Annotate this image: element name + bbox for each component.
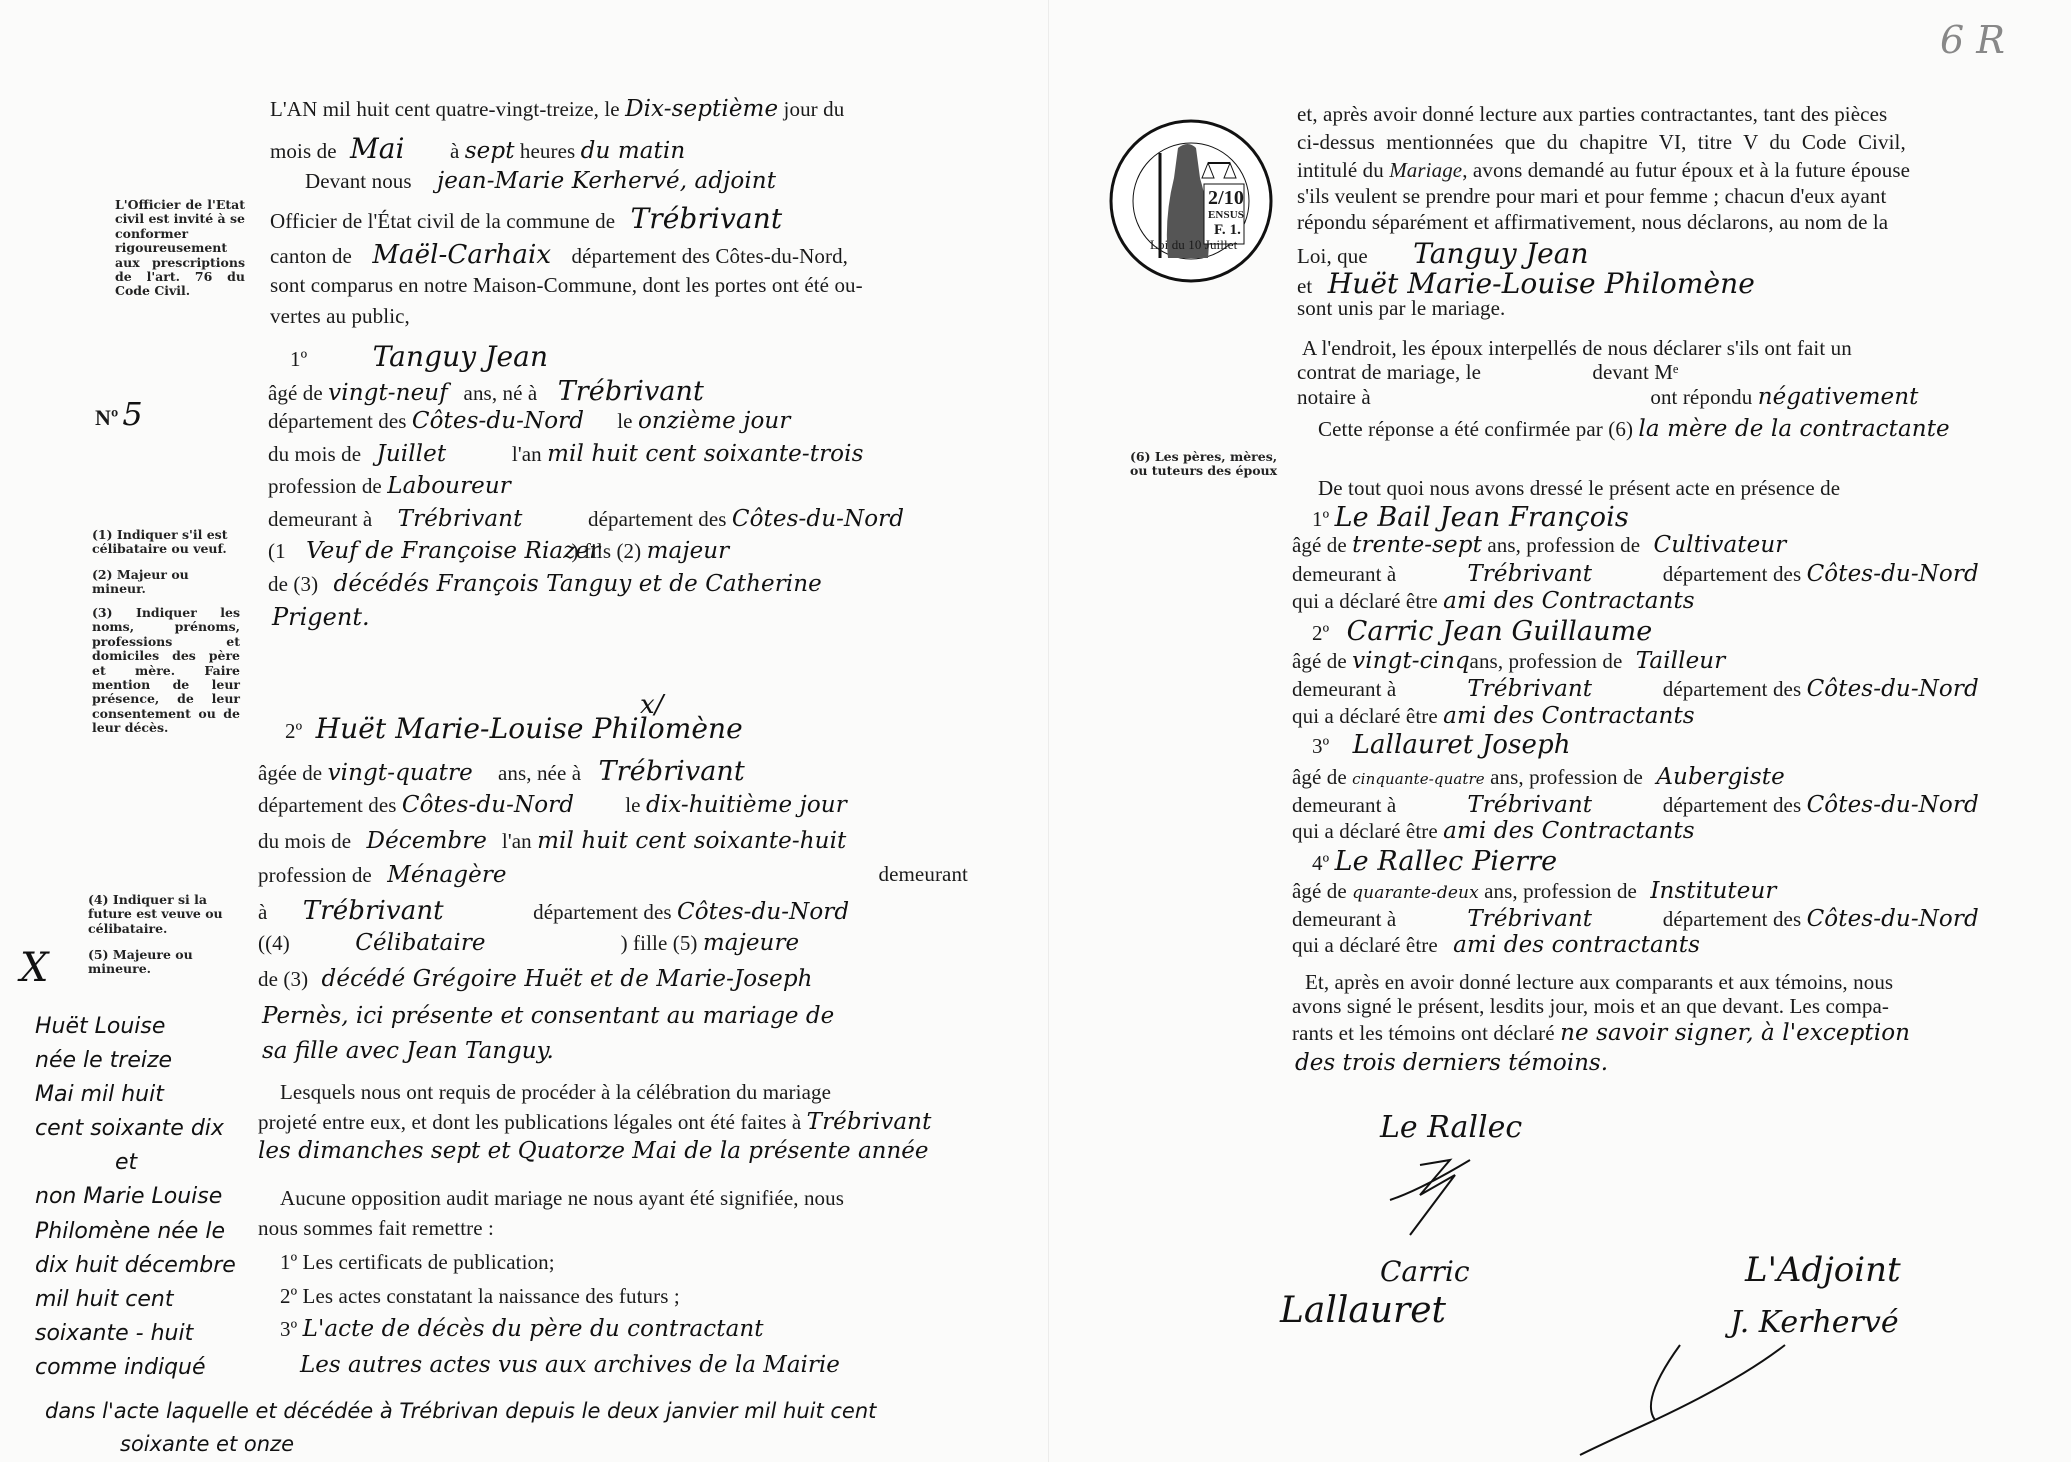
witness-3-residence-line: demeurant à Trébrivant département des C… — [1292, 794, 1979, 817]
print-text: âgé de — [268, 381, 323, 405]
print-text: département des — [1663, 562, 1802, 586]
print-text: ans, profession de — [1484, 879, 1637, 903]
header-line-6: sont comparus en notre Maison-Commune, d… — [270, 275, 863, 296]
witness-1-age-line: âgé de trente-sept ans, profession de Cu… — [1292, 534, 1786, 557]
witness-residence: Trébrivant — [1467, 563, 1657, 586]
closing-line-1: Et, après en avoir donné lecture aux com… — [1305, 972, 1893, 993]
print-text: qui a déclaré être — [1292, 704, 1438, 728]
corner-mark: 6 R — [1940, 18, 2005, 62]
witness-dept: Côtes-du-Nord — [1807, 561, 1979, 587]
witness-3-name-line: 3º Lallauret Joseph — [1312, 732, 1571, 758]
print-text: L'AN mil huit cent quatre-vingt-treize, … — [270, 97, 620, 121]
groom-dept-line: département des Côtes-du-Nord le onzième… — [268, 410, 790, 433]
print-text: l'an — [512, 442, 542, 466]
bride-residence-line: à Trébrivant département des Côtes-du-No… — [258, 898, 849, 924]
reading-line-7: et Huët Marie-Louise Philomène — [1297, 270, 1755, 298]
witness-name: Carric Jean Guillaume — [1347, 616, 1653, 647]
officer-margin-note: L'Officier de l'Etat civil est invité à … — [115, 198, 245, 299]
contract-line-3: notaire à ont répondu négativement — [1297, 386, 1918, 409]
contract-line-1: A l'endroit, les époux interpellés de no… — [1302, 338, 1852, 359]
annotation-line: soixante - huit — [35, 1317, 285, 1351]
groom-residence-line: demeurant à Trébrivant département des C… — [268, 508, 904, 531]
hand-month: Mai — [350, 132, 405, 165]
bride-parents-line: de (3) décédé Grégoire Huët et de Marie-… — [258, 968, 813, 991]
hand-officer: jean-Marie Kerhervé, adjoint — [437, 168, 776, 194]
footnote-5: (5) Majeure ou mineure. — [88, 948, 238, 977]
bride-residence: Trébrivant — [303, 898, 528, 924]
signature-lallauret: Lallauret — [1280, 1290, 1446, 1331]
reading-line-5: répondu séparément et affirmativement, n… — [1297, 212, 1888, 233]
print-text: profession de — [268, 474, 382, 498]
signature-carric: Carric — [1380, 1255, 1470, 1288]
print-text: qui a déclaré être — [1292, 589, 1438, 613]
ordinal: 2º — [285, 719, 302, 743]
witness-2-name-line: 2º Carric Jean Guillaume — [1312, 618, 1652, 645]
witness-dept: Côtes-du-Nord — [1807, 906, 1979, 932]
groom-birth-day: onzième jour — [638, 408, 790, 434]
contract-line-2: contrat de mariage, le devant Mᵉ — [1297, 362, 1679, 383]
groom-status: Veuf de Françoise Riazer — [306, 540, 566, 563]
groom-residence-dept: Côtes-du-Nord — [732, 506, 904, 532]
print-text: département des — [268, 409, 407, 433]
witness-4-name-line: 4º Le Rallec Pierre — [1312, 848, 1557, 875]
witness-residence: Trébrivant — [1467, 794, 1657, 817]
bride-age: vingt-quatre — [328, 762, 493, 785]
signature-adjoint-title: L'Adjoint — [1745, 1250, 1901, 1290]
witness-4-relation-line: qui a déclaré être ami des contractants — [1292, 934, 1700, 957]
annotation-line: non Marie Louise — [35, 1180, 285, 1214]
ordinal: 3º — [1312, 734, 1329, 758]
witness-relation: ami des Contractants — [1443, 818, 1695, 844]
stamp-seal-icon — [1108, 118, 1274, 284]
hand-canton: Maël-Carhaix — [372, 240, 551, 270]
annotation-line: cent soixante dix — [35, 1112, 285, 1146]
groom-status-line: (1 Veuf de Françoise Riazer ) fils (2) m… — [268, 540, 729, 563]
groom-name-line: 1º Tanguy Jean — [290, 343, 548, 371]
print-text: département des — [588, 507, 727, 531]
reading-line-6: Loi, que Tanguy Jean — [1297, 240, 1589, 268]
groom-dept: Côtes-du-Nord — [412, 410, 612, 433]
bride-mark: x/ — [640, 690, 663, 720]
closing-line-4: des trois derniers témoins. — [1295, 1050, 1608, 1076]
annotation-line: née le treize — [35, 1044, 285, 1078]
print-text: département des — [1663, 793, 1802, 817]
print-text: profession de — [258, 863, 372, 887]
bride-birthplace: Trébrivant — [599, 756, 745, 787]
print-text: demeurant à — [1292, 564, 1462, 585]
print-text: canton de — [270, 244, 352, 268]
signature-flourish-icon — [1380, 1150, 1500, 1240]
print-text: et — [1297, 274, 1312, 298]
cross-mark: X — [20, 945, 48, 991]
witness-dept: Côtes-du-Nord — [1807, 676, 1979, 702]
footnote-3: (3) Indiquer les noms, prénoms, professi… — [92, 606, 240, 735]
bride-majority: majeure — [703, 930, 799, 956]
hand-contract-answer: négativement — [1758, 384, 1919, 410]
print-text: ((4) — [258, 931, 290, 955]
bride-age-line: âgée de vingt-quatre ans, née à Trébriva… — [258, 758, 745, 785]
print-text: notaire à — [1297, 387, 1645, 408]
print-text: ) fille (5) — [621, 931, 698, 955]
print-text: département des Côtes-du-Nord, — [572, 244, 849, 268]
groom-parents-cont: Prigent. — [272, 603, 370, 631]
annotation-line: dans l'acte laquelle et décédée à Trébri… — [45, 1395, 876, 1428]
groom-name: Tanguy Jean — [373, 340, 549, 373]
reading-line-3: intitulé du Mariage, avons demandé au fu… — [1297, 160, 1910, 181]
annotation-line: Mai mil huit — [35, 1078, 285, 1112]
witness-name: Lallauret Joseph — [1353, 730, 1571, 760]
print-text: du mois de — [268, 442, 361, 466]
annotation-line: Philomène née le — [35, 1215, 285, 1249]
print-text: 3º — [280, 1317, 297, 1341]
witness-name: Le Rallec Pierre — [1335, 846, 1558, 877]
print-italic: Mariage — [1389, 158, 1462, 182]
bride-parents: décédé Grégoire Huët et de Marie-Joseph — [322, 966, 813, 992]
bride-birth-year: mil huit cent soixante-huit — [537, 828, 846, 854]
bride-status: Célibataire — [355, 932, 615, 955]
stamp-overprint: Loi du 10 Juillet — [1150, 238, 1237, 251]
print-text: , avons demandé au futur époux et à la f… — [1462, 158, 1910, 182]
header-line-3: Devant nous jean-Marie Kerhervé, adjoint — [305, 170, 776, 193]
annotation-line: soixante et onze — [120, 1428, 294, 1461]
groom-age: vingt-neuf — [328, 382, 458, 405]
bride-profession: Ménagère — [387, 862, 506, 888]
witness-2-age-line: âgé de vingt-cinq ans, profession de Tai… — [1292, 650, 1725, 673]
witness-name: Le Bail Jean François — [1335, 502, 1629, 533]
footnote-1: (1) Indiquer s'il est célibataire ou veu… — [92, 528, 240, 557]
witness-3-age-line: âgé de cinquante-quatre ans, profession … — [1292, 766, 1785, 789]
print-text: contrat de mariage, le — [1297, 362, 1587, 383]
hand-confirmed-by: la mère de la contractante — [1638, 416, 1949, 442]
document-item-2: 2º Les actes constatant la naissance des… — [280, 1286, 680, 1307]
bride-parents-cont: Pernès, ici présente et consentant au ma… — [262, 1003, 834, 1029]
stamp-franc: F. 1. — [1214, 223, 1241, 238]
print-text: mois de — [270, 139, 337, 163]
stamp-value: 2/10 — [1208, 188, 1244, 208]
reading-line-8: sont unis par le mariage. — [1297, 298, 1505, 319]
annotation-line: dix huit décembre — [35, 1249, 285, 1283]
publications-line-2: projeté entre eux, et dont les publicati… — [258, 1111, 931, 1134]
header-line-1: L'AN mil huit cent quatre-vingt-treize, … — [270, 98, 844, 121]
witness-relation: ami des Contractants — [1443, 588, 1695, 614]
number-value: 5 — [122, 395, 142, 433]
ordinal: 1º — [290, 347, 307, 371]
witness-profession: Instituteur — [1650, 878, 1776, 904]
groom-parents: décédés François Tanguy et de Catherine — [334, 571, 822, 597]
document-item-3: 3º L'acte de décès du père du contractan… — [280, 1318, 764, 1341]
annotation-line: comme indiqué — [35, 1351, 285, 1385]
witness-3-relation-line: qui a déclaré être ami des Contractants — [1292, 820, 1695, 843]
bride-name-line: 2º Huët Marie-Louise Philomène — [285, 715, 743, 743]
print-text: demeurant — [878, 864, 968, 885]
hand-publication-place: Trébrivant — [807, 1109, 932, 1135]
publications-dates: les dimanches sept et Quatorze Mai de la… — [258, 1138, 929, 1164]
print-text: le — [617, 409, 632, 433]
print-text: demeurant à — [1292, 909, 1462, 930]
print-text: (1 — [268, 539, 286, 563]
print-text: ans, profession de — [1487, 533, 1640, 557]
groom-profession-line: profession de Laboureur — [268, 475, 511, 498]
margin-annotation: Huët Louise née le treize Mai mil huit c… — [35, 1010, 285, 1385]
bride-parents-cont: sa fille avec Jean Tanguy. — [262, 1038, 554, 1064]
witness-profession: Cultivateur — [1654, 532, 1787, 558]
witness-profession: Tailleur — [1636, 648, 1726, 674]
witness-age: quarante-deux — [1352, 883, 1479, 903]
print-text: Loi, que — [1297, 244, 1368, 268]
print-text: intitulé du — [1297, 158, 1384, 182]
stamp-ensus: ENSUS — [1208, 210, 1244, 221]
ordinal: 2º — [1312, 621, 1329, 645]
record-number: Nº 5 — [95, 395, 143, 433]
reading-line-4: s'ils veulent se prendre pour mari et po… — [1297, 186, 1886, 207]
print-text: département des — [258, 793, 397, 817]
print-text: Cette réponse a été confirmée par (6) — [1318, 417, 1633, 441]
document-item-4: Les autres actes vus aux archives de la … — [300, 1352, 840, 1378]
bride-name: Huët Marie-Louise Philomène — [316, 712, 743, 745]
print-text: du mois de — [258, 829, 351, 853]
footnote-6: (6) Les pères, mères, ou tuteurs des épo… — [1130, 450, 1280, 479]
print-text: âgé de — [1292, 765, 1347, 789]
groom-majority: majeur — [647, 538, 730, 564]
print-text: le — [625, 793, 640, 817]
header-line-7: vertes au public, — [270, 306, 410, 327]
witness-profession: Aubergiste — [1656, 764, 1785, 790]
bride-dept: Côtes-du-Nord — [402, 794, 620, 817]
print-text: l'an — [502, 829, 532, 853]
print-text: département des — [1663, 677, 1802, 701]
print-text: ans, profession de — [1470, 649, 1623, 673]
hand-time: du matin — [581, 138, 686, 164]
print-text: âgé de — [1292, 533, 1347, 557]
bride-month-line: du mois de Décembre l'an mil huit cent s… — [258, 830, 846, 853]
witness-1-relation-line: qui a déclaré être ami des Contractants — [1292, 590, 1695, 613]
groom-age-line: âgé de vingt-neuf ans, né à Trébrivant — [268, 378, 704, 405]
hand-commune: Trébrivant — [630, 202, 782, 235]
annotation-line: Huët Louise — [35, 1010, 285, 1044]
print-text: de (3) — [258, 967, 308, 991]
print-text: jour du — [784, 97, 845, 121]
witness-age: trente-sept — [1352, 532, 1482, 558]
witness-age: cinquante-quatre — [1352, 770, 1485, 788]
hand-hour: sept — [465, 138, 515, 164]
print-text: département des — [533, 900, 672, 924]
document-item-1: 1º Les certificats de publication; — [280, 1252, 555, 1273]
print-text: à — [258, 900, 267, 924]
contract-line-4: Cette réponse a été confirmée par (6) la… — [1318, 418, 1950, 441]
groom-parents-line: de (3) décédés François Tanguy et de Cat… — [268, 573, 822, 596]
publications-line-1: Lesquels nous ont requis de procéder à l… — [280, 1082, 831, 1103]
witness-residence: Trébrivant — [1467, 678, 1657, 701]
bride-birth-day: dix-huitième jour — [646, 792, 847, 818]
bride-status-line: ((4) Célibataire ) fille (5) majeure — [258, 932, 799, 955]
print-text: Officier de l'État civil de la commune d… — [270, 209, 615, 233]
header-line-2: mois de Mai à sept heures du matin — [270, 135, 685, 163]
groom-birthplace: Trébrivant — [558, 376, 704, 407]
print-text: à — [450, 139, 459, 163]
page-fold — [1048, 0, 1049, 1462]
print-text: de (3) — [268, 572, 318, 596]
print-text: heures — [520, 139, 575, 163]
revenue-stamp: 2/10 ENSUS F. 1. Loi du 10 Juillet — [1108, 118, 1274, 284]
print-text: ans, née à — [498, 761, 581, 785]
reading-line-1: et, après avoir donné lecture aux partie… — [1297, 104, 1887, 125]
hand-cannot-sign: ne savoir signer, à l'exception — [1560, 1020, 1910, 1046]
number-label: Nº — [95, 405, 118, 430]
documents-line-1: Aucune opposition audit mariage ne nous … — [280, 1188, 844, 1209]
closing-line-3: rants et les témoins ont déclaré ne savo… — [1292, 1022, 1910, 1045]
hand-groom-name: Tanguy Jean — [1413, 237, 1589, 270]
footnote-4: (4) Indiquer si la future est veuve ou c… — [88, 893, 238, 936]
witness-2-relation-line: qui a déclaré être ami des Contractants — [1292, 705, 1695, 728]
annotation-line: mil huit cent — [35, 1283, 285, 1317]
print-text: ont répondu — [1650, 385, 1752, 409]
witness-relation: ami des Contractants — [1443, 703, 1695, 729]
witness-2-residence-line: demeurant à Trébrivant département des C… — [1292, 678, 1979, 701]
print-text: demeurant à — [268, 507, 372, 531]
bride-residence-dept: Côtes-du-Nord — [677, 899, 849, 925]
bride-profession-line: profession de Ménagère demeurant — [258, 864, 968, 887]
documents-line-2: nous sommes fait remettre : — [258, 1218, 494, 1239]
bride-birth-month: Décembre — [367, 830, 497, 853]
print-text: ) fils (2) — [571, 539, 641, 563]
print-text: ans, profession de — [1490, 765, 1643, 789]
footnote-2: (2) Majeur ou mineur. — [92, 568, 240, 597]
print-text: devant Mᵉ — [1592, 360, 1678, 384]
witness-4-residence-line: demeurant à Trébrivant département des C… — [1292, 908, 1979, 931]
print-text: département des — [1663, 907, 1802, 931]
print-text: qui a déclaré être — [1292, 819, 1438, 843]
print-text: rants et les témoins ont déclaré — [1292, 1021, 1555, 1045]
closing-line-2: avons signé le présent, lesdits jour, mo… — [1292, 996, 1889, 1017]
print-text: âgé de — [1292, 649, 1347, 673]
hand-document: L'acte de décès du père du contractant — [303, 1316, 764, 1342]
witness-4-age-line: âgé de quarante-deux ans, profession de … — [1292, 880, 1776, 903]
ordinal: 1º — [1312, 507, 1329, 531]
print-text: ans, né à — [464, 381, 538, 405]
header-line-5: canton de Maël-Carhaix département des C… — [270, 242, 848, 268]
reading-line-2: ci-dessus mentionnées que du chapitre VI… — [1297, 132, 1906, 153]
groom-birth-month: Juillet — [377, 443, 507, 466]
print-text: Devant nous — [305, 169, 412, 193]
witness-1-residence-line: demeurant à Trébrivant département des C… — [1292, 563, 1979, 586]
witness-residence: Trébrivant — [1467, 908, 1657, 931]
header-line-4: Officier de l'État civil de la commune d… — [270, 205, 782, 233]
witness-age: vingt-cinq — [1352, 650, 1464, 673]
print-text: qui a déclaré être — [1292, 933, 1438, 957]
groom-profession: Laboureur — [387, 473, 511, 499]
witness-relation: ami des contractants — [1453, 932, 1700, 958]
hand-day: Dix-septième — [625, 96, 778, 122]
print-text: projeté entre eux, et dont les publicati… — [258, 1110, 801, 1134]
ordinal: 4º — [1312, 851, 1329, 875]
witness-1-name-line: 1º Le Bail Jean François — [1312, 504, 1629, 531]
bride-dept-line: département des Côtes-du-Nord le dix-hui… — [258, 794, 847, 817]
print-text: âgée de — [258, 761, 322, 785]
annotation-line: et — [35, 1146, 285, 1180]
print-text: demeurant à — [1292, 795, 1462, 816]
signature-le-rallec: Le Rallec — [1380, 1110, 1522, 1145]
groom-residence: Trébrivant — [398, 508, 583, 531]
print-text: âgé de — [1292, 879, 1347, 903]
groom-birth-year: mil huit cent soixante-trois — [547, 441, 863, 467]
signature-kerherve: J. Kerhervé — [1730, 1305, 1899, 1340]
print-text: demeurant à — [1292, 679, 1462, 700]
witness-dept: Côtes-du-Nord — [1807, 792, 1979, 818]
signature-flourish-icon — [1540, 1340, 1800, 1460]
witnesses-intro: De tout quoi nous avons dressé le présen… — [1318, 478, 1840, 499]
groom-month-line: du mois de Juillet l'an mil huit cent so… — [268, 443, 864, 466]
